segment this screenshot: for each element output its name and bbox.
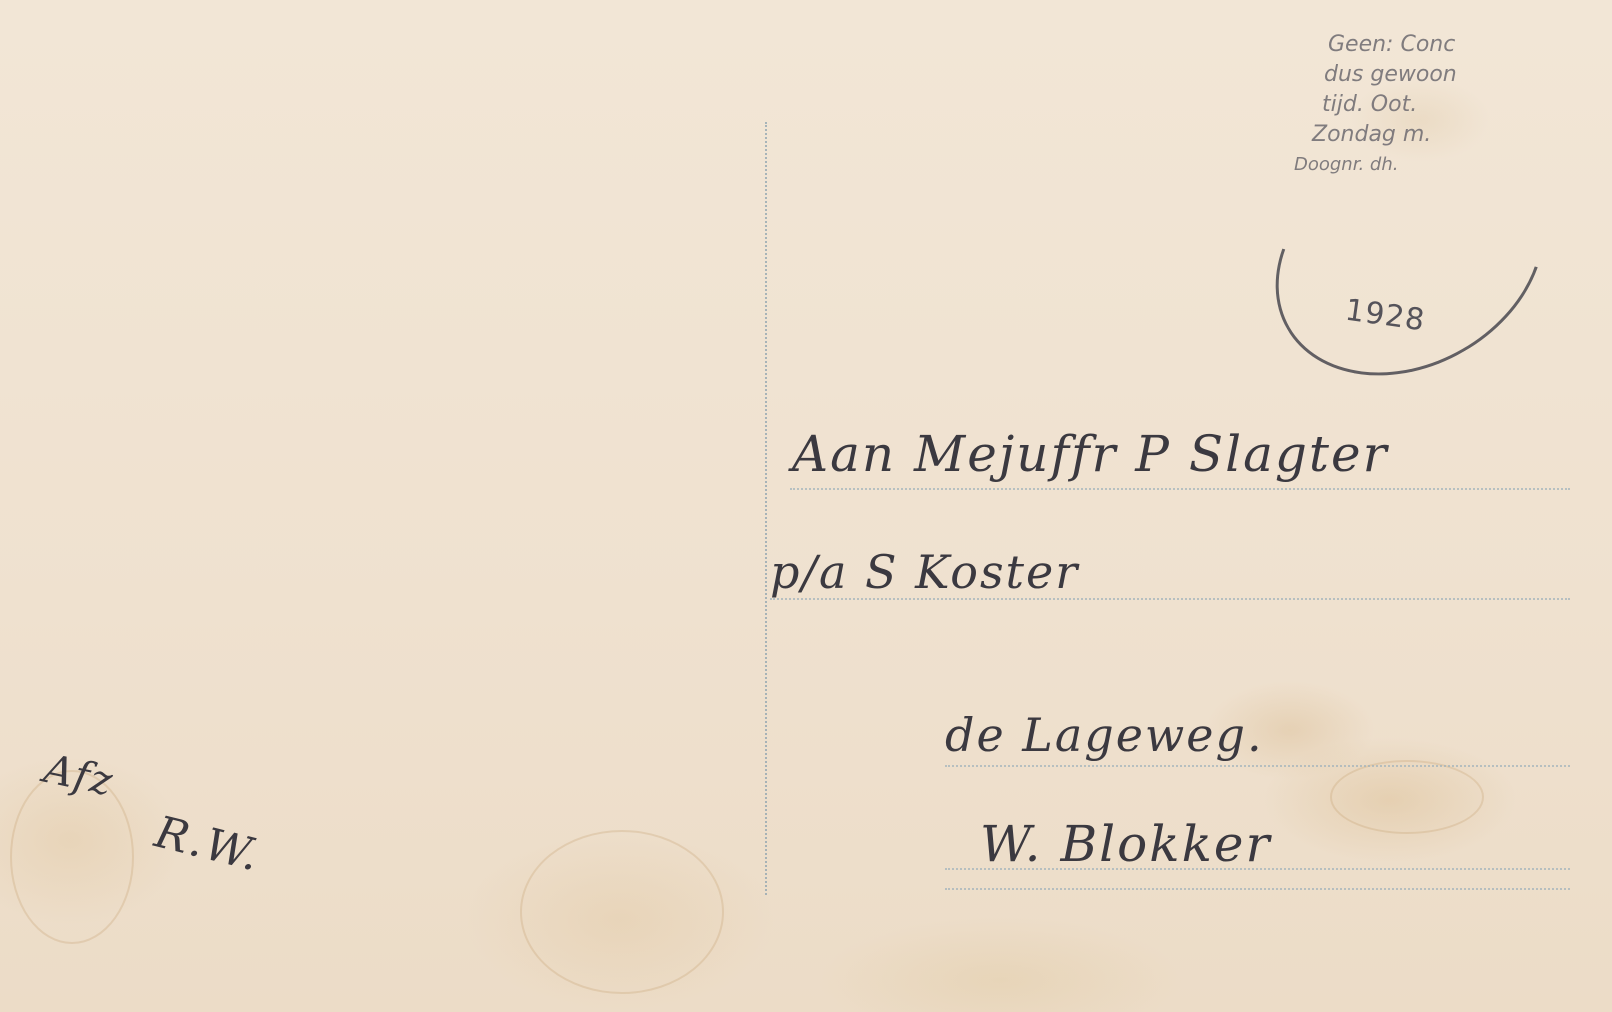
center-divider	[765, 122, 767, 895]
postcard-back: Geen: Conc dus gewoon tijd. Oot. Zondag …	[0, 0, 1612, 1012]
address-line-1	[790, 488, 1570, 490]
water-stain	[1330, 760, 1484, 834]
pencil-note-line: tijd. Oot.	[1322, 90, 1562, 120]
address-line-3	[945, 765, 1570, 767]
sender-initials: R.W.	[150, 807, 266, 882]
address-street: de Lageweg.	[945, 708, 1264, 762]
water-stain	[520, 830, 724, 994]
address-line-5	[945, 888, 1570, 890]
pencil-note-line: dus gewoon	[1324, 60, 1564, 90]
address-town: W. Blokker	[980, 815, 1271, 873]
address-care-of: p/a S Koster	[770, 545, 1079, 599]
address-recipient: Aan Mejuffr P Slagter	[792, 425, 1389, 483]
pencil-note-line: Geen: Conc	[1328, 30, 1568, 60]
